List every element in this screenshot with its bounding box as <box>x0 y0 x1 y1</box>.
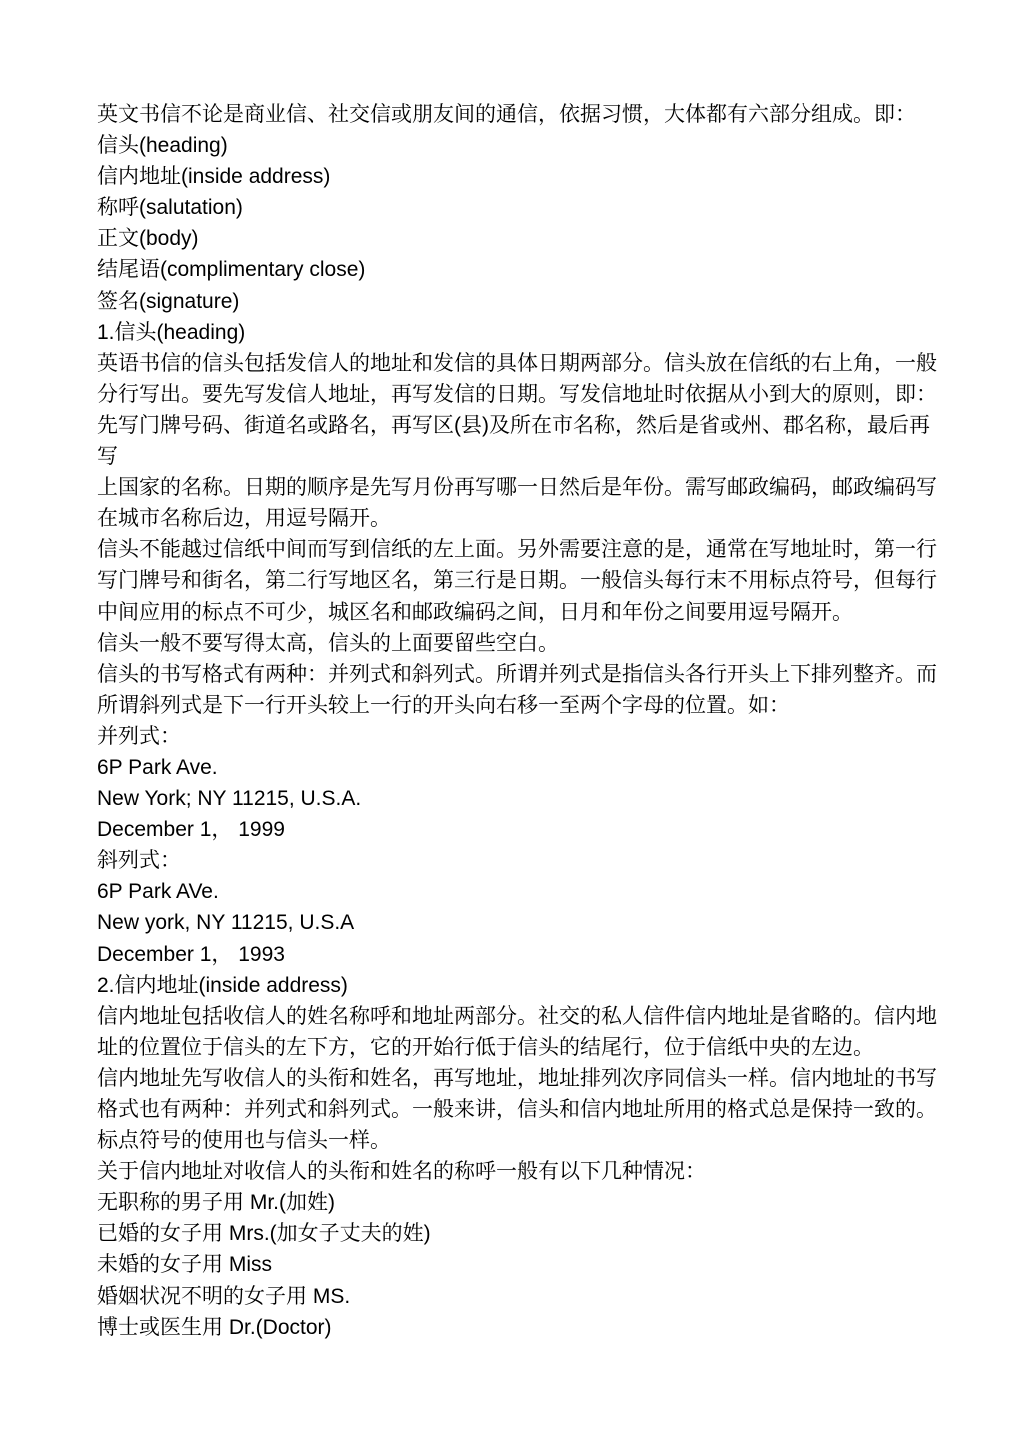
text-line: 标点符号的使用也与信头一样。 <box>97 1125 942 1156</box>
text-line: 信内地址包括收信人的姓名称呼和地址两部分。社交的私人信件信内地址是省略的。信内地 <box>97 1001 942 1032</box>
text-line: 分行写出。要先写发信人地址，再写发信的日期。写发信地址时依据从小到大的原则，即： <box>97 379 942 410</box>
text-line: December 1， 1993 <box>97 939 942 970</box>
text-line: 英文书信不论是商业信、社交信或朋友间的通信，依据习惯，大体都有六部分组成。即： <box>97 99 942 130</box>
text-line: New York; NY 11215, U.S.A. <box>97 783 942 814</box>
text-line: 格式也有两种：并列式和斜列式。一般来讲，信头和信内地址所用的格式总是保持一致的。 <box>97 1094 942 1125</box>
text-line: 信内地址先写收信人的头衔和姓名，再写地址，地址排列次序同信头一样。信内地址的书写 <box>97 1063 942 1094</box>
text-line: 已婚的女子用 Mrs.(加女子丈夫的姓) <box>97 1218 942 1249</box>
text-line: 6P Park Ave. <box>97 752 942 783</box>
text-line: 无职称的男子用 Mr.(加姓) <box>97 1187 942 1218</box>
text-line: 1.信头(heading) <box>97 317 942 348</box>
text-line: 英语书信的信头包括发信人的地址和发信的具体日期两部分。信头放在信纸的右上角，一般 <box>97 348 942 379</box>
text-line: 2.信内地址(inside address) <box>97 970 942 1001</box>
text-line: 签名(signature) <box>97 286 942 317</box>
text-line: 结尾语(complimentary close) <box>97 254 942 285</box>
text-line: 先写门牌号码、街道名或路名，再写区(县)及所在市名称，然后是省或州、郡名称，最后… <box>97 410 942 472</box>
text-line: 称呼(salutation) <box>97 192 942 223</box>
text-line: 址的位置位于信头的左下方，它的开始行低于信头的结尾行，位于信纸中央的左边。 <box>97 1032 942 1063</box>
text-line: 信内地址(inside address) <box>97 161 942 192</box>
text-line: 博士或医生用 Dr.(Doctor) <box>97 1312 942 1343</box>
text-line: 6P Park AVe. <box>97 876 942 907</box>
text-line: 所谓斜列式是下一行开头较上一行的开头向右移一至两个字母的位置。如： <box>97 690 942 721</box>
text-line: December 1， 1999 <box>97 814 942 845</box>
document-page: 英文书信不论是商业信、社交信或朋友间的通信，依据习惯，大体都有六部分组成。即：信… <box>0 0 1023 1447</box>
text-line: 斜列式： <box>97 845 942 876</box>
text-line: 在城市名称后边，用逗号隔开。 <box>97 503 942 534</box>
text-line: 信头的书写格式有两种：并列式和斜列式。所谓并列式是指信头各行开头上下排列整齐。而 <box>97 659 942 690</box>
text-line: 中间应用的标点不可少，城区名和邮政编码之间，日月和年份之间要用逗号隔开。 <box>97 597 942 628</box>
text-line: 上国家的名称。日期的顺序是先写月份再写哪一日然后是年份。需写邮政编码，邮政编码写 <box>97 472 942 503</box>
document-content: 英文书信不论是商业信、社交信或朋友间的通信，依据习惯，大体都有六部分组成。即：信… <box>97 99 942 1343</box>
text-line: 信头(heading) <box>97 130 942 161</box>
text-line: 并列式： <box>97 721 942 752</box>
text-line: New york, NY 11215, U.S.A <box>97 907 942 938</box>
text-line: 婚姻状况不明的女子用 MS. <box>97 1281 942 1312</box>
text-line: 写门牌号和街名，第二行写地区名，第三行是日期。一般信头每行末不用标点符号，但每行 <box>97 565 942 596</box>
text-line: 正文(body) <box>97 223 942 254</box>
text-line: 未婚的女子用 Miss <box>97 1249 942 1280</box>
text-line: 关于信内地址对收信人的头衔和姓名的称呼一般有以下几种情况： <box>97 1156 942 1187</box>
text-line: 信头一般不要写得太高，信头的上面要留些空白。 <box>97 628 942 659</box>
text-line: 信头不能越过信纸中间而写到信纸的左上面。另外需要注意的是，通常在写地址时，第一行 <box>97 534 942 565</box>
